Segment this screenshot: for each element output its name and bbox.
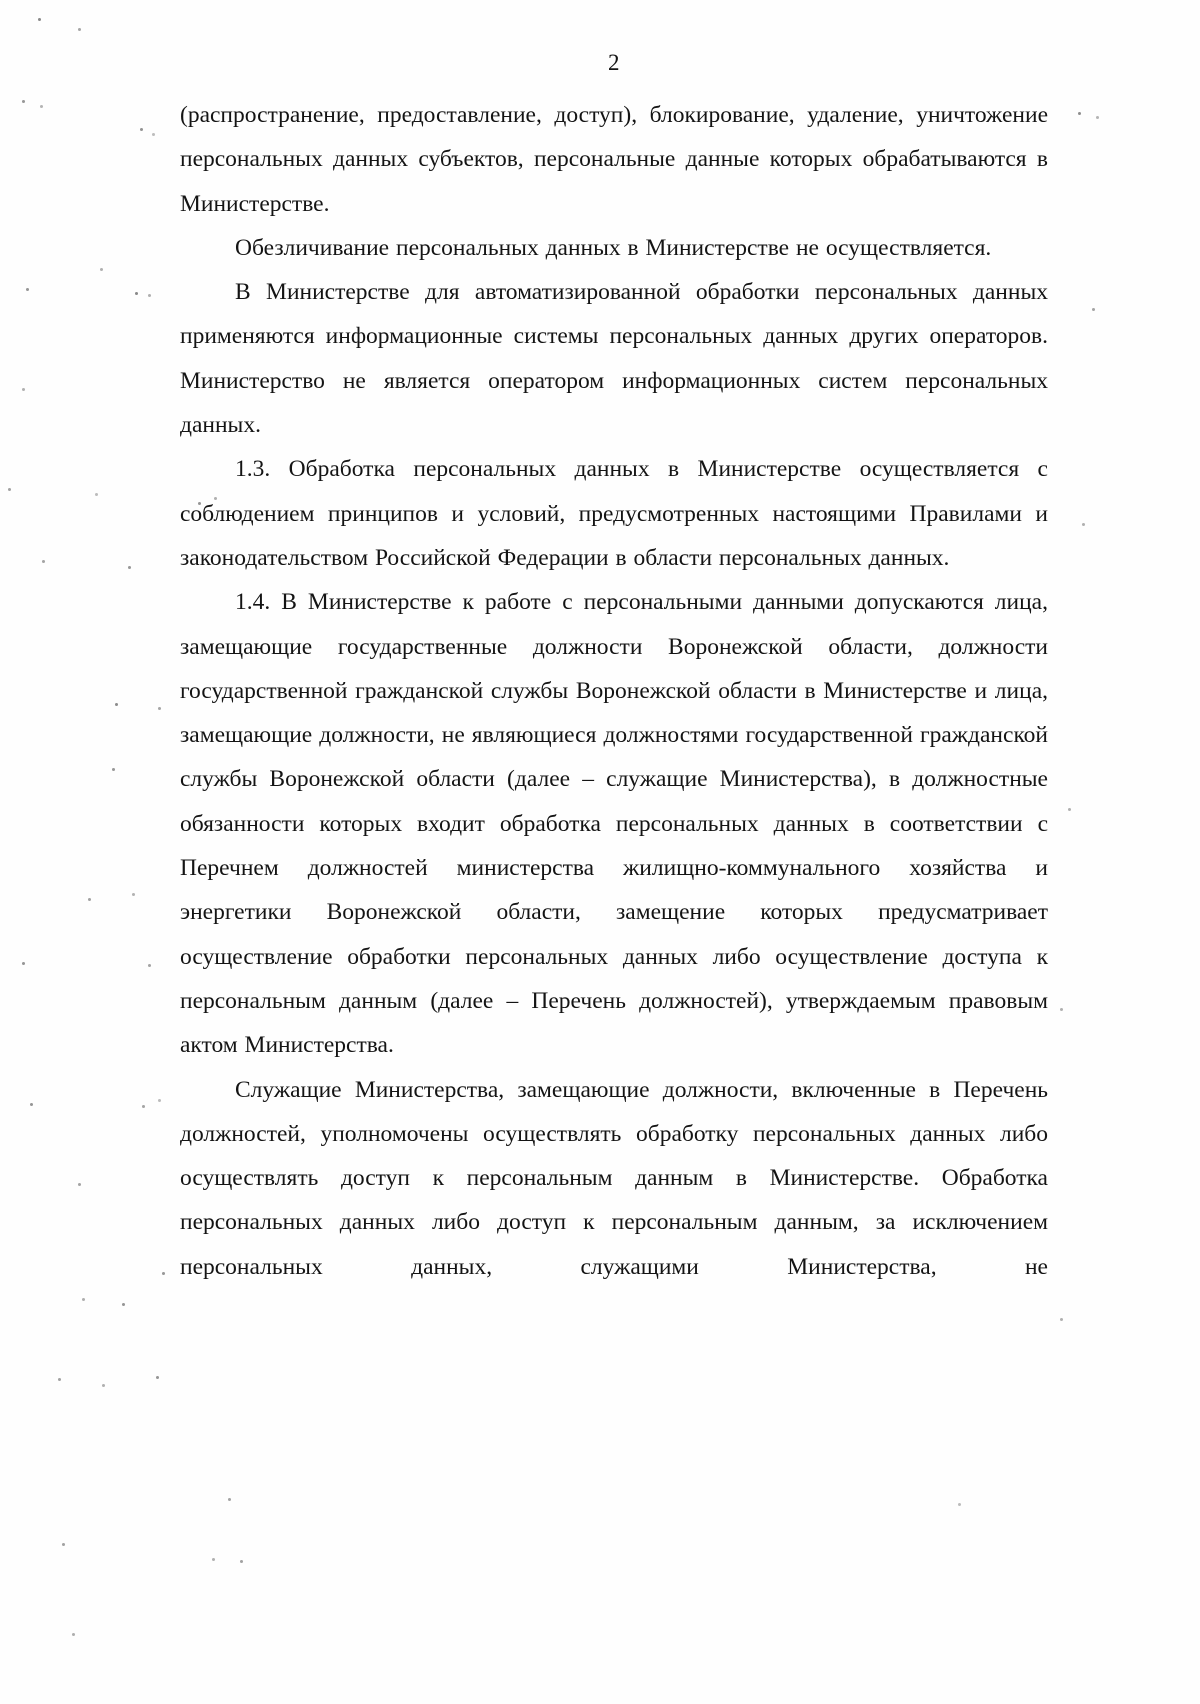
paragraph: (распространение, предоставление, доступ… [180,93,1048,226]
paragraph: Служащие Министерства, замещающие должно… [180,1068,1048,1289]
paragraph: 1.3. Обработка персональных данных в Мин… [180,447,1048,580]
scan-noise-artifacts [0,0,3,3]
paragraph: Обезличивание персональных данных в Мини… [180,226,1048,270]
paragraph: 1.4. В Министерстве к работе с персональ… [180,580,1048,1067]
document-page: 2 (распространение, предоставление, дост… [0,0,1200,1704]
paragraph: В Министерстве для автоматизированной об… [180,270,1048,447]
document-body: (распространение, предоставление, доступ… [180,93,1048,1289]
page-number: 2 [180,50,1048,76]
